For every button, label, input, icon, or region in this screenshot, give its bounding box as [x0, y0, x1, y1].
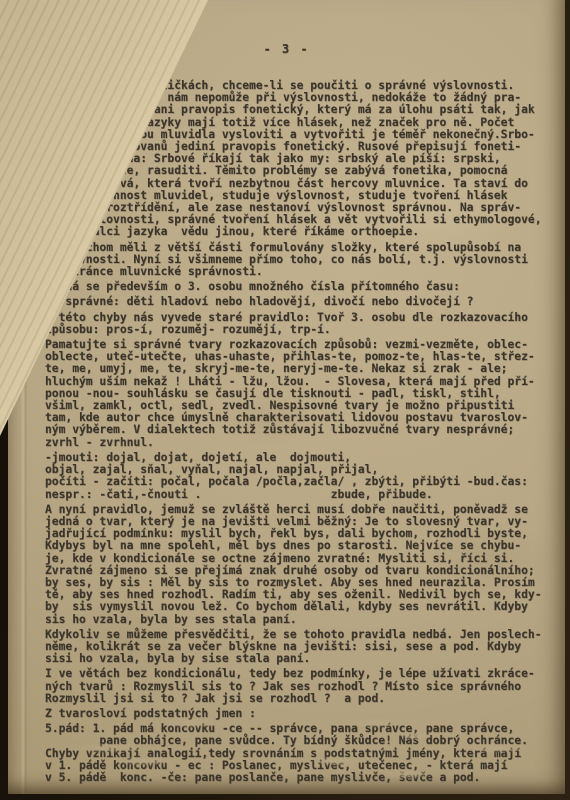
paragraph: 5.pád: 1. pád má koncovku -ce -- správce…	[45, 723, 567, 784]
paragraph: Kdykoliv se můžeme přesvědčiti, že se to…	[45, 629, 567, 666]
paragraph: Je správné: děti hladoví nebo hladovějí,…	[45, 296, 567, 308]
paragraph: Z tvarosloví podstatných jmen :	[45, 708, 567, 720]
paragraph: A nyní pravidlo, jemuž se zvláště herci …	[45, 504, 567, 626]
paragraph: Tím bychom měli z větší části formulován…	[45, 242, 567, 279]
paragraph: Z této chyby nás vyvede staré pravidlo: …	[45, 312, 567, 336]
page-body: nechává nás na holičkách, chceme-li se p…	[45, 80, 567, 787]
paragraph: -jmouti: dojal, dojat, dojetí, ale dojmo…	[45, 452, 567, 501]
paragraph: Jedná se především o 3. osobu množného č…	[45, 281, 567, 293]
photo-background: - 3 - nechává nás na holičkách, chceme-l…	[0, 0, 570, 800]
paragraph: I ve větách bez kondicionálu, tedy bez p…	[45, 668, 567, 705]
paragraph: Pamatujte si správné tvary rozkazovacích…	[45, 339, 567, 449]
